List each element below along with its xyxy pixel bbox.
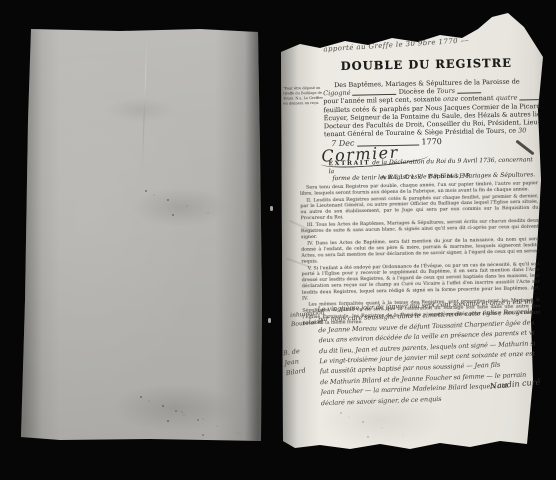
blank-rule — [457, 88, 481, 93]
article-paragraph: V. Si l'enfant a été ondoyé par Ordonnan… — [301, 261, 540, 302]
register-scan: apporté au Greffe le 30 9bre 1770 ⎯⎯ DOU… — [0, 0, 556, 480]
clerk-annotation: apporté au Greffe le 30 9bre 1770 ⎯⎯ — [323, 36, 469, 54]
year-word-fill: onze — [443, 95, 459, 103]
day-fill: 30 — [518, 127, 526, 135]
article-paragraph: IV. Dans les Actes de Baptême, sera fait… — [301, 236, 539, 265]
margin-note-line: Bilard — [285, 365, 306, 378]
printed-header: Des Baptêmes, Mariages & Sépultures de l… — [323, 77, 540, 139]
parish-fill: Cigogné — [323, 89, 350, 98]
handwritten-acts: Le vingtième jour de janvier mil sept ce… — [317, 296, 537, 408]
register-title: DOUBLE DU REGISTRE — [341, 55, 541, 73]
blank-rule — [519, 95, 539, 100]
printed-margin-note: "Pour être déposé au Greffe du Bailliage… — [283, 85, 323, 106]
header-print: contenant — [460, 94, 493, 103]
right-page-content: apporté au Greffe le 30 9bre 1770 ⎯⎯ DOU… — [0, 0, 556, 480]
diocese-fill: Tours — [437, 87, 456, 95]
margin-note-baptism: B. de Jean Bilard — [282, 346, 306, 379]
article-paragraph: II. Lesdits deux Registres seront cotés … — [300, 193, 538, 222]
blank-rule — [353, 90, 397, 96]
extrait-word: EXTRAIT — [328, 159, 370, 167]
sheet-count-fill: quatre — [496, 94, 518, 102]
year-print: 1770 — [421, 137, 442, 146]
